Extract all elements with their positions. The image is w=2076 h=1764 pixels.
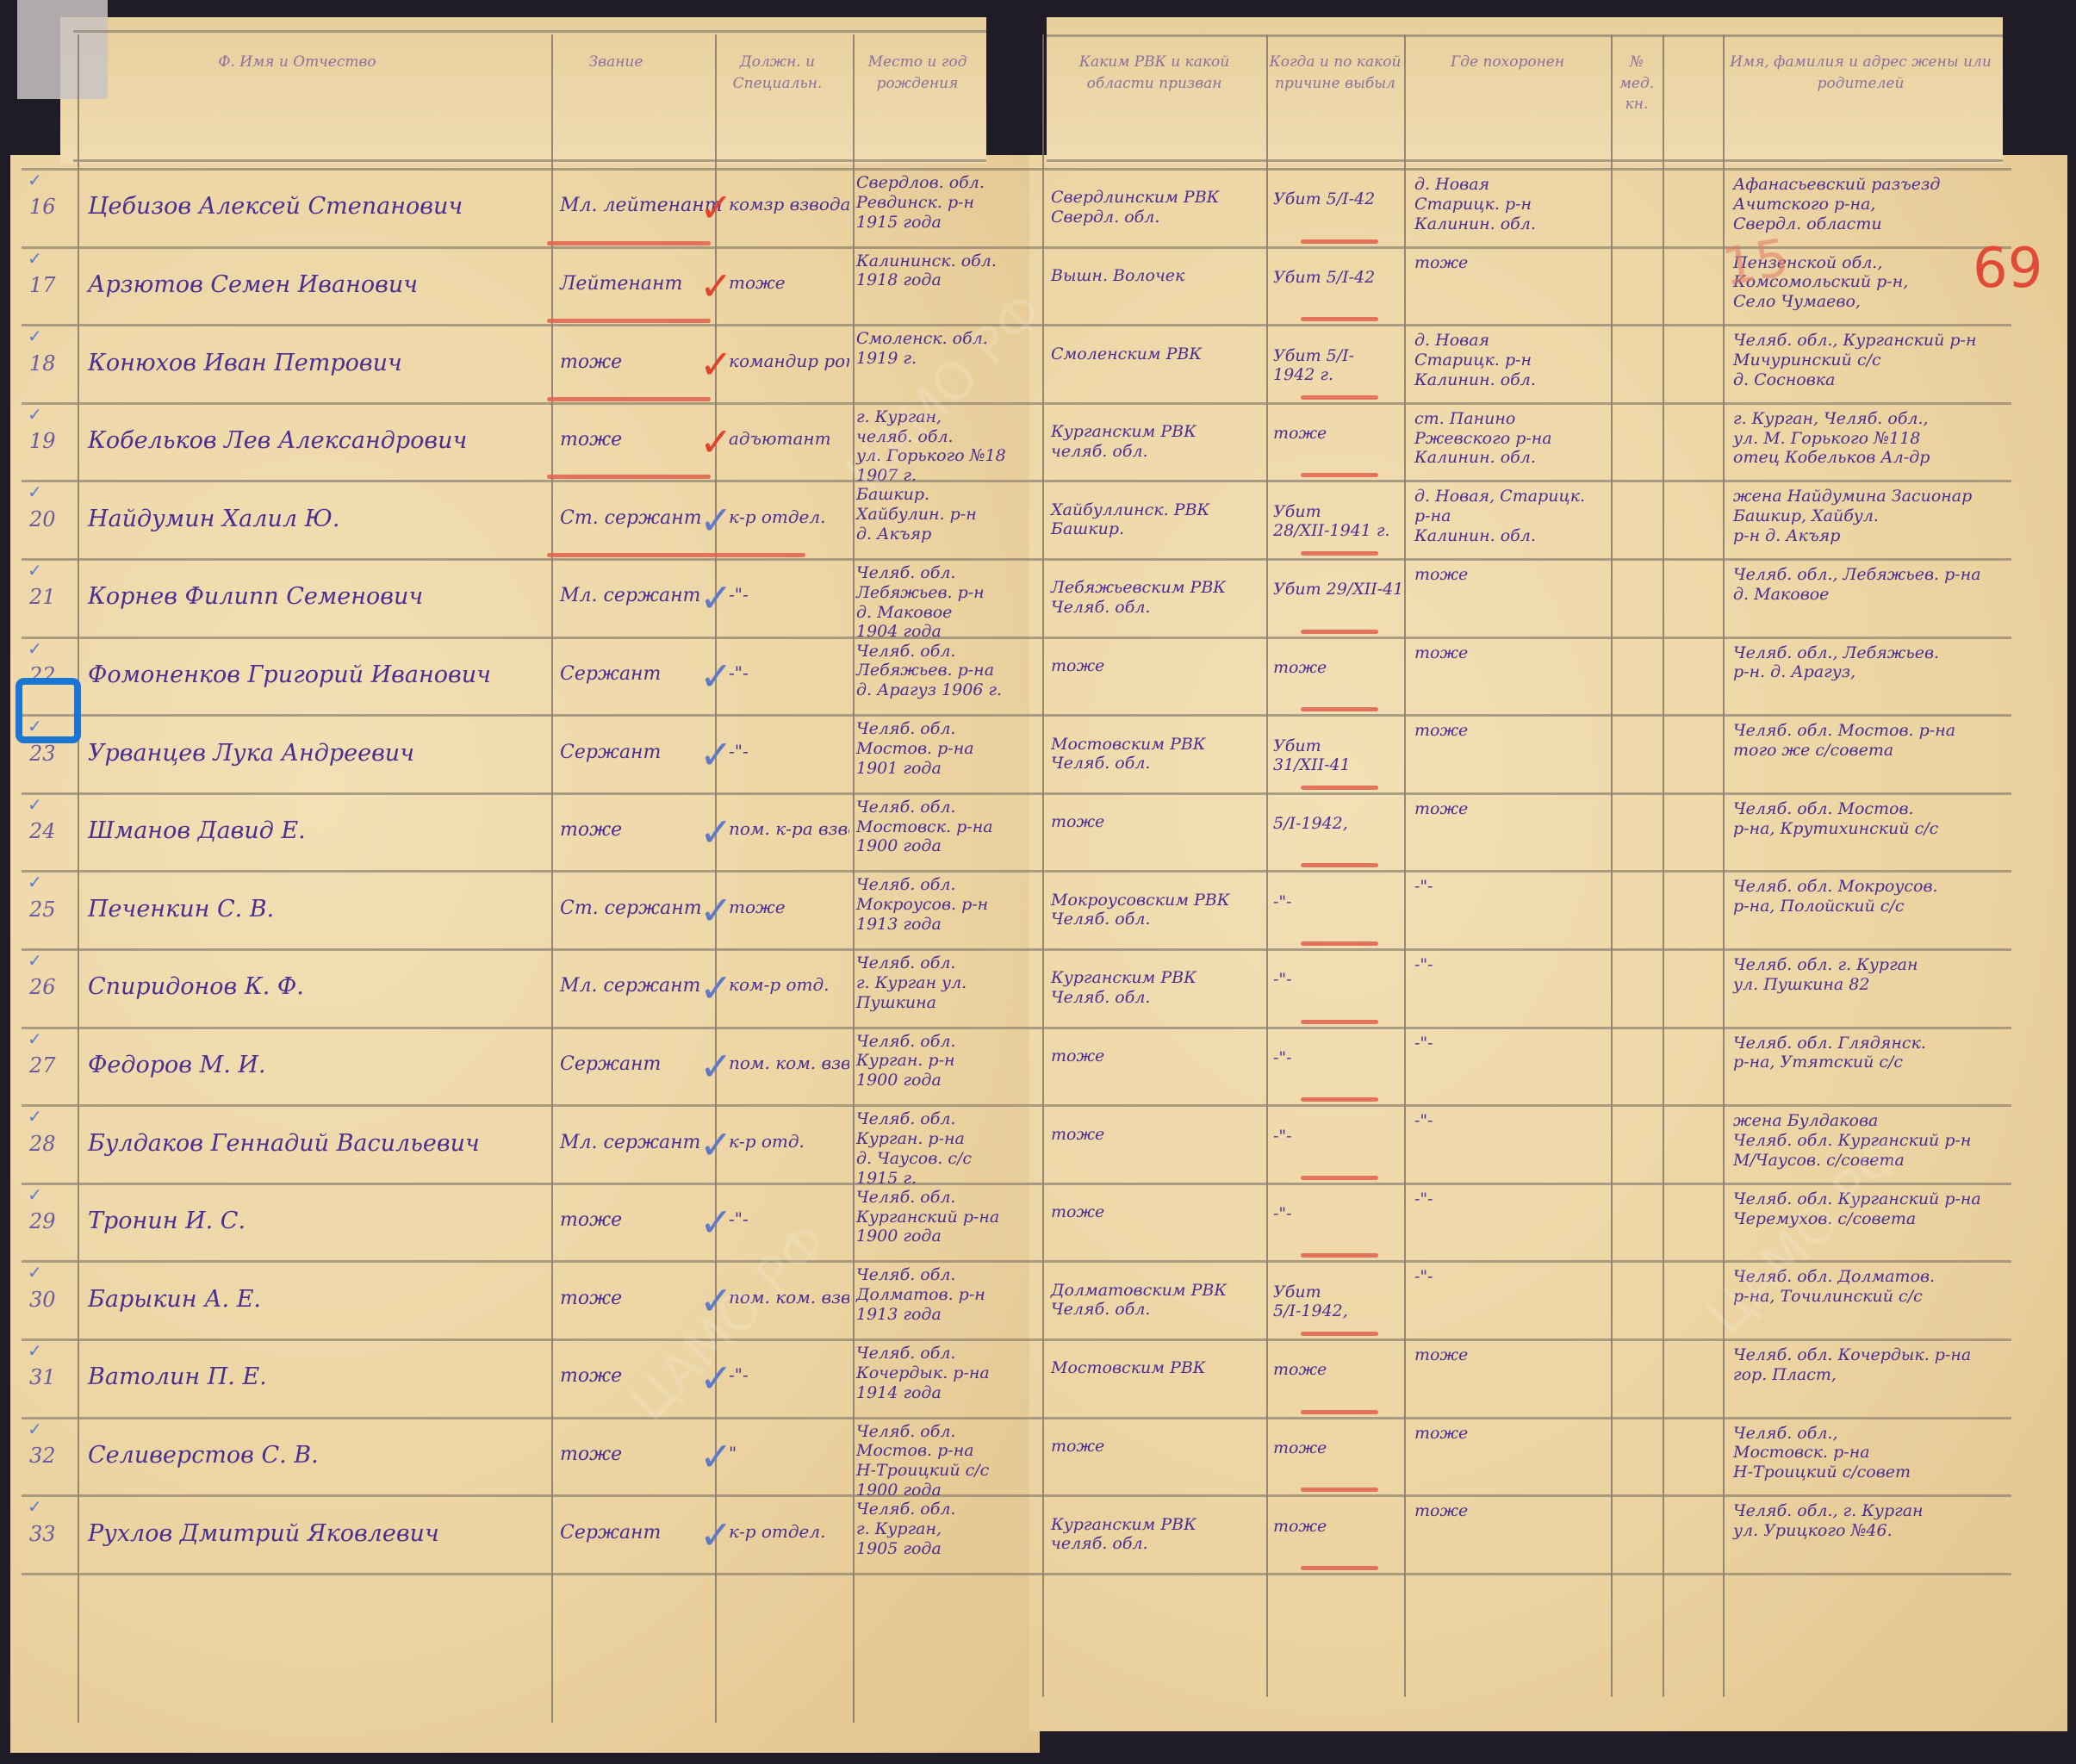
relatives-address: Челяб. обл. Мокроусов. р-на, Полойский с… [1733, 877, 1938, 916]
row-number: 25 [29, 898, 56, 922]
rank: тоже [560, 429, 622, 450]
row-rule [1029, 1027, 2011, 1029]
row-rule [22, 948, 1029, 951]
burial-place: -"- [1414, 1189, 1433, 1209]
draft-office: Мостовским РВК [1051, 1358, 1206, 1378]
post: ком-р отд. [729, 975, 830, 995]
red-pencil-mark [1301, 1176, 1378, 1180]
row-rule [22, 792, 1029, 795]
check-mark-icon: ✓ [699, 500, 733, 540]
red-pencil-mark [547, 241, 711, 245]
header-when: Когда и по какой причине выбыл [1266, 52, 1404, 94]
row-number: 32 [29, 1444, 56, 1468]
red-pencil-mark [1301, 786, 1378, 790]
row-rule [1029, 168, 2011, 171]
row-number: 24 [29, 819, 56, 843]
person-name: Кобельков Лев Александрович [88, 427, 467, 454]
row-checkmark-icon: ✓ [28, 248, 42, 269]
header-col_x: № мед. кн. [1611, 52, 1663, 115]
row-number: 16 [29, 195, 56, 219]
birth-place-year: Челяб. обл. Лебяжьев. р-н д. Маковое 190… [856, 563, 985, 642]
check-mark-icon: ✓ [699, 1437, 733, 1476]
post: к-р отд. [729, 1132, 805, 1152]
birth-place-year: Челяб. обл. Мостов. р-на Н-Троицкий с/с … [856, 1422, 989, 1500]
draft-office: Курганским РВК челяб. обл. [1051, 422, 1196, 462]
column-rule [1723, 34, 1725, 1697]
relatives-address: г. Курган, Челяб. обл., ул. М. Горького … [1733, 409, 1930, 468]
red-pencil-mark [1301, 1410, 1378, 1414]
rank: Сержант [560, 663, 661, 685]
birth-place-year: Челяб. обл. Мостовск. р-на 1900 года [856, 798, 993, 856]
check-mark-icon: ✓ [699, 656, 733, 696]
post: командир роты [729, 351, 849, 371]
birth-place-year: Челяб. обл. Мокроусов. р-н 1913 года [856, 875, 988, 934]
rank: Мл. сержант [560, 975, 700, 997]
header-rank: Звание [551, 52, 681, 73]
row-number: 18 [29, 351, 56, 376]
person-name: Конюхов Иван Петрович [88, 350, 402, 376]
row-rule [22, 870, 1029, 873]
draft-office: Мостовским РВК Челяб. обл. [1051, 735, 1206, 774]
row-number: 31 [29, 1365, 56, 1389]
row-number: 17 [29, 273, 56, 297]
rank: Мл. сержант [560, 585, 700, 606]
row-rule [1029, 1417, 2011, 1419]
row-number: 23 [29, 742, 56, 766]
burial-place: ст. Панино Ржевского р-на Калинин. обл. [1414, 409, 1552, 468]
draft-office: Мокроусовским РВК Челяб. обл. [1051, 891, 1229, 930]
row-checkmark-icon: ✓ [28, 170, 42, 190]
row-rule [22, 1260, 1029, 1263]
row-rule [22, 168, 1029, 171]
row-rule [1029, 1573, 2011, 1575]
row-rule [22, 1339, 1029, 1341]
row-number: 27 [29, 1053, 56, 1078]
row-checkmark-icon: ✓ [28, 1496, 42, 1517]
burial-place: тоже [1414, 721, 1468, 741]
row-checkmark-icon: ✓ [28, 950, 42, 971]
relatives-address: Челяб. обл. Мостов. р-на, Крутихинский с… [1733, 799, 1938, 839]
draft-office: тоже [1051, 1437, 1104, 1457]
departure-reason: Убит 5/I-1942, [1273, 1283, 1348, 1322]
row-rule [1029, 870, 2011, 873]
departure-reason: -"- [1273, 892, 1292, 912]
relatives-address: Челяб. обл., Лебяжьев. р-н. д. Арагуз, [1733, 643, 1939, 683]
red-pencil-mark [1301, 473, 1378, 477]
check-mark-icon: ✓ [699, 345, 733, 384]
burial-place: тоже [1414, 565, 1468, 585]
person-name: Спиридонов К. Ф. [88, 973, 304, 1000]
row-rule [22, 1573, 1029, 1575]
row-rule [1029, 558, 2011, 561]
draft-office: Лебяжьевским РВК Челяб. обл. [1051, 578, 1226, 618]
row-rule [22, 324, 1029, 326]
draft-office: тоже [1051, 656, 1104, 676]
person-name: Цебизов Алексей Степанович [88, 193, 463, 220]
check-mark-icon: ✓ [699, 812, 733, 852]
birth-place-year: Челяб. обл. Лебяжьев. р-на д. Арагуз 190… [856, 642, 1002, 700]
check-mark-icon: ✓ [699, 891, 733, 930]
row-rule [73, 159, 986, 162]
person-name: Булдаков Геннадий Васильевич [88, 1130, 480, 1157]
departure-reason: -"- [1273, 1127, 1292, 1146]
departure-reason: тоже [1273, 1517, 1327, 1537]
draft-office: Свердлинским РВК Свердл. обл. [1051, 188, 1219, 227]
departure-reason: Убит 28/XII-1941 г. [1273, 502, 1390, 542]
row-checkmark-icon: ✓ [28, 794, 42, 815]
draft-office: Хайбуллинск. РВК Башкир. [1051, 500, 1209, 540]
departure-reason: тоже [1273, 424, 1327, 444]
rank: тоже [560, 351, 622, 373]
draft-office: тоже [1051, 812, 1104, 832]
row-checkmark-icon: ✓ [28, 404, 42, 425]
row-number-highlight [16, 678, 81, 743]
person-name: Урванцев Лука Андреевич [88, 740, 414, 767]
check-mark-icon: ✓ [699, 1202, 733, 1242]
check-mark-icon: ✓ [699, 578, 733, 618]
row-rule [22, 1104, 1029, 1107]
person-name: Ватолин П. Е. [88, 1363, 267, 1390]
post: пом. ком. взвода [729, 1053, 849, 1073]
relatives-address: Челяб. обл., Курганский р-н Мичуринский … [1733, 331, 1976, 389]
red-pencil-mark [1301, 395, 1378, 400]
departure-reason: тоже [1273, 1438, 1327, 1458]
column-rule [551, 34, 553, 1723]
burial-place: тоже [1414, 643, 1468, 663]
birth-place-year: Свердлов. обл. Ревдинск. р-н 1915 года [856, 173, 985, 232]
row-rule [1047, 34, 2003, 37]
departure-reason: Убит 5/I-42 [1273, 268, 1375, 288]
person-name: Печенкин С. В. [88, 896, 274, 922]
rank: тоже [560, 1365, 622, 1387]
burial-place: тоже [1414, 1345, 1468, 1365]
check-mark-icon: ✓ [699, 266, 733, 306]
row-checkmark-icon: ✓ [28, 1340, 42, 1361]
rank: Сержант [560, 742, 661, 763]
burial-place: -"- [1414, 1111, 1433, 1131]
row-rule [1029, 246, 2011, 249]
red-pencil-mark [1301, 317, 1378, 321]
red-pencil-mark [547, 475, 711, 479]
row-rule [1029, 1104, 2011, 1107]
rank: Сержант [560, 1053, 661, 1075]
header-relatives: Имя, фамилия и адрес жены или родителей [1723, 52, 1998, 94]
red-pencil-mark [1301, 707, 1378, 711]
draft-office: тоже [1051, 1047, 1104, 1066]
birth-place-year: Челяб. обл. Курган. р-на д. Чаусов. с/с … [856, 1109, 972, 1188]
rank: тоже [560, 819, 622, 841]
header-birth: Место и год рождения [853, 52, 982, 94]
check-mark-icon: ✓ [699, 1047, 733, 1086]
red-pencil-mark [1301, 863, 1378, 867]
birth-place-year: Челяб. обл. г. Курган, 1905 года [856, 1500, 955, 1558]
row-checkmark-icon: ✓ [28, 1028, 42, 1049]
header-rvk: Каким РВК и какой области призван [1047, 52, 1262, 94]
burial-place: -"- [1414, 1034, 1433, 1053]
birth-place-year: Челяб. обл. г. Курган ул. Пушкина [856, 953, 967, 1012]
row-rule [22, 714, 1029, 717]
row-rule [22, 558, 1029, 561]
page-stamp-number: 69 [1973, 237, 2042, 301]
birth-place-year: Челяб. обл. Курган. р-н 1900 года [856, 1032, 955, 1090]
row-number: 20 [29, 507, 56, 531]
departure-reason: Убит 29/XII-41 [1273, 580, 1403, 599]
birth-place-year: Челяб. обл. Курганский р-на 1900 года [856, 1188, 999, 1246]
row-checkmark-icon: ✓ [28, 481, 42, 502]
row-number: 21 [29, 585, 56, 609]
relatives-address: Афанасьевский разъезд Ачитского р-на, Св… [1733, 175, 1940, 233]
draft-office: Курганским РВК Челяб. обл. [1051, 968, 1196, 1008]
row-rule [22, 402, 1029, 405]
person-name: Рухлов Дмитрий Яковлевич [88, 1520, 439, 1547]
check-mark-icon: ✓ [699, 188, 733, 227]
red-pencil-mark [1301, 1020, 1378, 1024]
burial-place: д. Новая Старицк. р-н Калинин. обл. [1414, 175, 1536, 233]
departure-reason: Убит 5/I- 1942 г. [1273, 346, 1354, 386]
column-rule [853, 34, 855, 1723]
red-pencil-mark [1301, 1332, 1378, 1336]
relatives-address: Челяб. обл. Глядянск. р-на, Утятский с/с [1733, 1034, 1926, 1073]
row-rule [22, 1417, 1029, 1419]
row-number: 30 [29, 1288, 56, 1312]
red-pencil-mark [1301, 1566, 1378, 1570]
row-checkmark-icon: ✓ [28, 872, 42, 892]
row-number: 19 [29, 429, 56, 453]
departure-reason: Убит 31/XII-41 [1273, 736, 1351, 776]
post: адъютант [729, 429, 831, 449]
row-rule [1029, 637, 2011, 639]
column-rule [78, 34, 79, 1723]
check-mark-icon: ✓ [699, 422, 733, 462]
header-buried: Где похоронен [1404, 52, 1611, 73]
rank: Ст. сержант [560, 507, 702, 529]
column-rule [1663, 34, 1664, 1697]
header-post: Должн. и Специальн. [711, 52, 844, 94]
rank: тоже [560, 1209, 622, 1231]
red-pencil-mark [1301, 239, 1378, 244]
rank: Ст. сержант [560, 898, 702, 919]
relatives-address: Челяб. обл., Мостовск. р-на Н-Троицкий с… [1733, 1424, 1911, 1482]
row-rule [73, 30, 986, 33]
departure-reason: -"- [1273, 1048, 1292, 1068]
person-name: Барыкин А. Е. [88, 1286, 261, 1313]
relatives-address: Челяб. обл., г. Курган ул. Урицкого №46. [1733, 1501, 1924, 1541]
birth-place-year: Калининск. обл. 1918 года [856, 252, 997, 291]
birth-place-year: Челяб. обл. Мостов. р-на 1901 года [856, 719, 974, 778]
row-rule [22, 1027, 1029, 1029]
check-mark-icon: ✓ [699, 735, 733, 774]
burial-place: д. Новая Старицк. р-н Калинин. обл. [1414, 331, 1536, 389]
departure-reason: тоже [1273, 658, 1327, 678]
row-checkmark-icon: ✓ [28, 560, 42, 581]
row-rule [1029, 1260, 2011, 1263]
post: к-р отдел. [729, 507, 825, 527]
row-rule [1029, 714, 2011, 717]
post: тоже [729, 898, 786, 917]
person-name: Фомоненков Григорий Иванович [88, 661, 491, 688]
row-checkmark-icon: ✓ [28, 1419, 42, 1439]
draft-office: тоже [1051, 1202, 1104, 1222]
row-number: 28 [29, 1132, 56, 1156]
draft-office: Долматовским РВК Челяб. обл. [1051, 1281, 1227, 1320]
row-rule [1029, 480, 2011, 482]
relatives-address: Челяб. обл. г. Курган ул. Пушкина 82 [1733, 955, 1918, 995]
red-pencil-mark [1301, 630, 1378, 634]
relatives-address: Челяб. обл., Лебяжьев. р-на д. Маковое [1733, 565, 1981, 605]
row-number: 29 [29, 1209, 56, 1233]
header-name: Ф. Имя и Отчество [155, 52, 439, 73]
rank: Лейтенант [560, 273, 682, 295]
check-mark-icon: ✓ [699, 1515, 733, 1555]
person-name: Селиверстов С. В. [88, 1442, 319, 1469]
relatives-address: жена Найдумина Засионар Башкир, Хайбул. … [1733, 487, 1972, 545]
post: тоже [729, 273, 786, 293]
row-number: 33 [29, 1522, 56, 1546]
departure-reason: -"- [1273, 970, 1292, 990]
row-rule [1029, 792, 2011, 795]
departure-reason: 5/I-1942, [1273, 814, 1348, 834]
post: пом. к-ра взвода [729, 819, 849, 839]
draft-office: Вышн. Волочек [1051, 266, 1184, 286]
row-number: 26 [29, 975, 56, 999]
burial-place: тоже [1414, 1424, 1468, 1444]
person-name: Шманов Давид Е. [88, 817, 306, 844]
row-rule [1047, 159, 2003, 162]
rank: тоже [560, 1444, 622, 1465]
column-rule [1266, 34, 1268, 1697]
burial-place: тоже [1414, 253, 1468, 273]
burial-place: -"- [1414, 1267, 1433, 1287]
birth-place-year: Челяб. обл. Долматов. р-н 1913 года [856, 1265, 985, 1324]
red-pencil-mark [547, 397, 711, 401]
column-rule [1611, 34, 1613, 1697]
row-checkmark-icon: ✓ [28, 1262, 42, 1283]
relatives-address: Челяб. обл. Мостов. р-на того же с/совет… [1733, 721, 1955, 761]
relatives-address: Челяб. обл. Кочердык. р-на гор. Пласт, [1733, 1345, 1971, 1385]
red-pencil-mark [1301, 1097, 1378, 1102]
burial-place: тоже [1414, 799, 1468, 819]
post: комзр взвода [729, 195, 849, 214]
red-pencil-mark [547, 553, 805, 557]
header-strip-left [60, 17, 986, 164]
rank: тоже [560, 1288, 622, 1309]
column-rule [1404, 34, 1406, 1697]
person-name: Тронин И. С. [88, 1208, 246, 1234]
rank: Сержант [560, 1522, 661, 1543]
red-pencil-mark [1301, 551, 1378, 556]
row-rule [1029, 948, 2011, 951]
row-checkmark-icon: ✓ [28, 638, 42, 659]
row-checkmark-icon: ✓ [28, 326, 42, 346]
red-pencil-mark [1301, 941, 1378, 946]
row-checkmark-icon: ✓ [28, 1106, 42, 1127]
row-checkmark-icon: ✓ [28, 1184, 42, 1205]
departure-reason: тоже [1273, 1360, 1327, 1380]
tape-patch [17, 0, 108, 99]
row-rule [1029, 324, 2011, 326]
person-name: Арзютов Семен Иванович [88, 271, 418, 298]
burial-place: тоже [1414, 1501, 1468, 1521]
red-pencil-mark [547, 319, 711, 323]
draft-office: Смоленским РВК [1051, 345, 1202, 364]
row-rule [1029, 1494, 2011, 1497]
red-pencil-mark [1301, 1253, 1378, 1258]
departure-reason: Убит 5/I-42 [1273, 189, 1375, 209]
person-name: Найдумин Халил Ю. [88, 506, 339, 532]
rank: Мл. лейтенант [560, 195, 723, 216]
draft-office: тоже [1051, 1125, 1104, 1145]
burial-place: -"- [1414, 877, 1433, 897]
row-rule [1029, 1339, 2011, 1341]
burial-place: д. Новая, Старицк. р-на Калинин. обл. [1414, 487, 1585, 545]
check-mark-icon: ✓ [699, 968, 733, 1008]
row-rule [1029, 402, 2011, 405]
birth-place-year: Челяб. обл. Кочердык. р-на 1914 года [856, 1344, 990, 1402]
burial-place: -"- [1414, 955, 1433, 975]
post: к-р отдел. [729, 1522, 825, 1542]
row-rule [22, 246, 1029, 249]
rank: Мл. сержант [560, 1132, 700, 1153]
person-name: Федоров М. И. [88, 1052, 266, 1078]
faint-stamp-number: 15 [1719, 227, 1793, 298]
column-rule [1042, 34, 1044, 1697]
check-mark-icon: ✓ [699, 1125, 733, 1165]
draft-office: Курганским РВК челяб. обл. [1051, 1515, 1196, 1555]
departure-reason: -"- [1273, 1204, 1292, 1224]
red-pencil-mark [1301, 1488, 1378, 1492]
person-name: Корнев Филипп Семенович [88, 583, 423, 610]
